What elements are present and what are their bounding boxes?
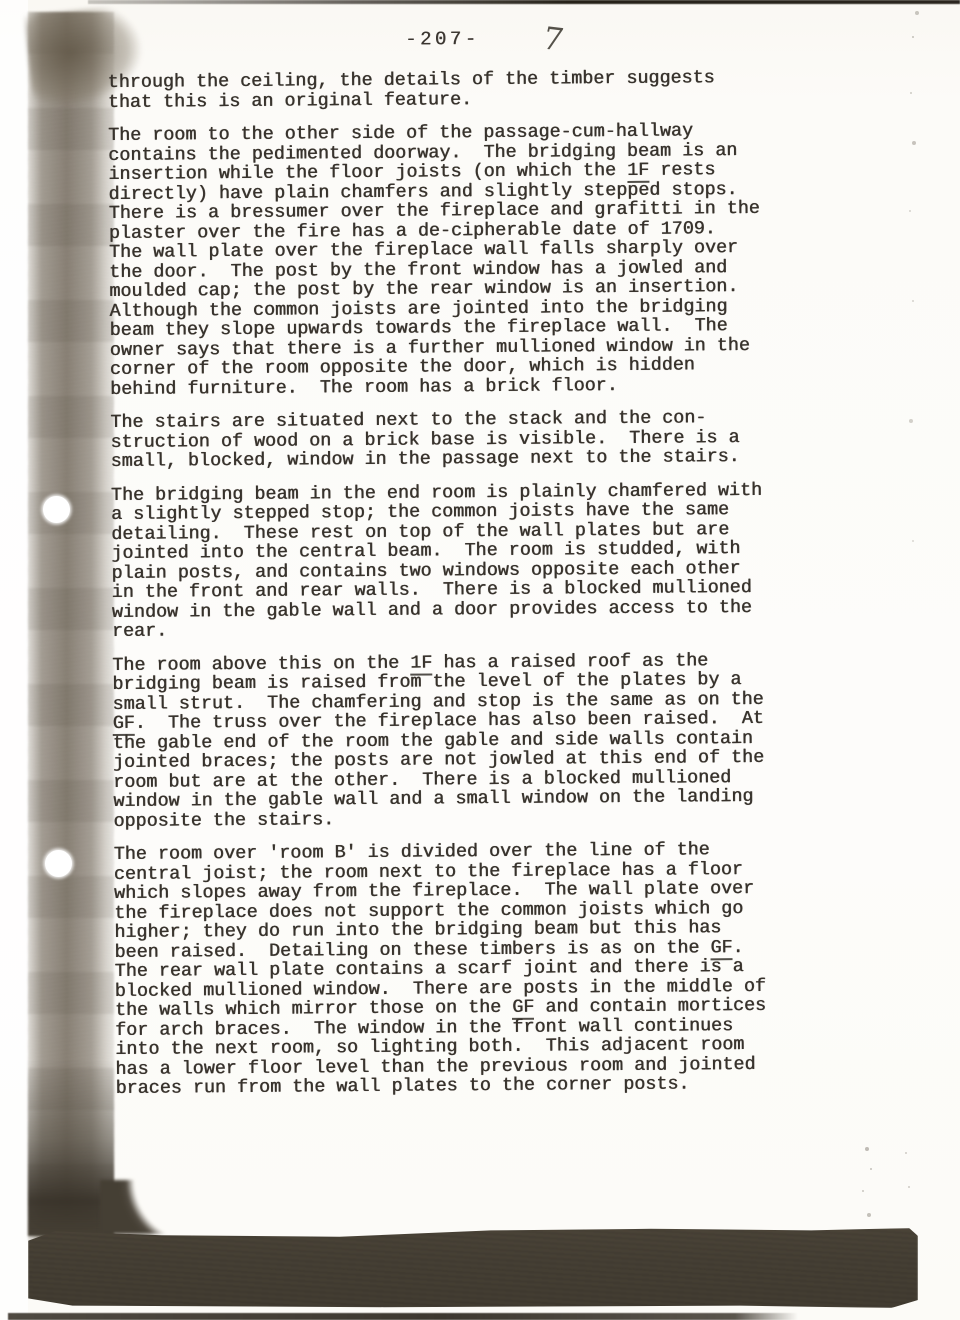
paragraph: through the ceiling, the details of the … [108,68,808,112]
scan-band-fillet [100,1180,195,1234]
document-body: through the ceiling, the details of the … [108,68,816,1113]
paragraph: The stairs are situated next to the stac… [110,408,810,472]
scan-smudge-left [28,12,114,1240]
page-left-margin [0,0,28,1320]
paragraph: The room to the other side of the passag… [108,121,810,399]
hole-punch-top [43,496,70,523]
scan-edge-bottom [8,1313,798,1320]
text-line: opposite the stairs. [113,806,813,831]
handwritten-annotation: 7 [539,21,567,59]
hole-punch-bottom [45,850,72,877]
scanned-page: -207- 7 through the ceiling, the details… [0,0,960,1320]
page-number: -207- [405,28,480,50]
paragraph: The room over 'room B' is divided over t… [114,840,816,1099]
paragraph: The bridging beam in the end room is pla… [111,480,812,641]
text-line: braces run from the wall plates to the c… [115,1074,815,1099]
paragraph: The room above this on the 1F has a rais… [112,650,813,831]
scan-edge-top [88,0,960,4]
scan-speckles [0,0,2,2]
text-line: behind furniture. The room has a brick f… [110,374,810,399]
text-line: that this is an original feature. [108,87,808,112]
text-line: small, blocked, window in the passage ne… [111,447,811,472]
scan-band-bottom [28,1228,918,1308]
